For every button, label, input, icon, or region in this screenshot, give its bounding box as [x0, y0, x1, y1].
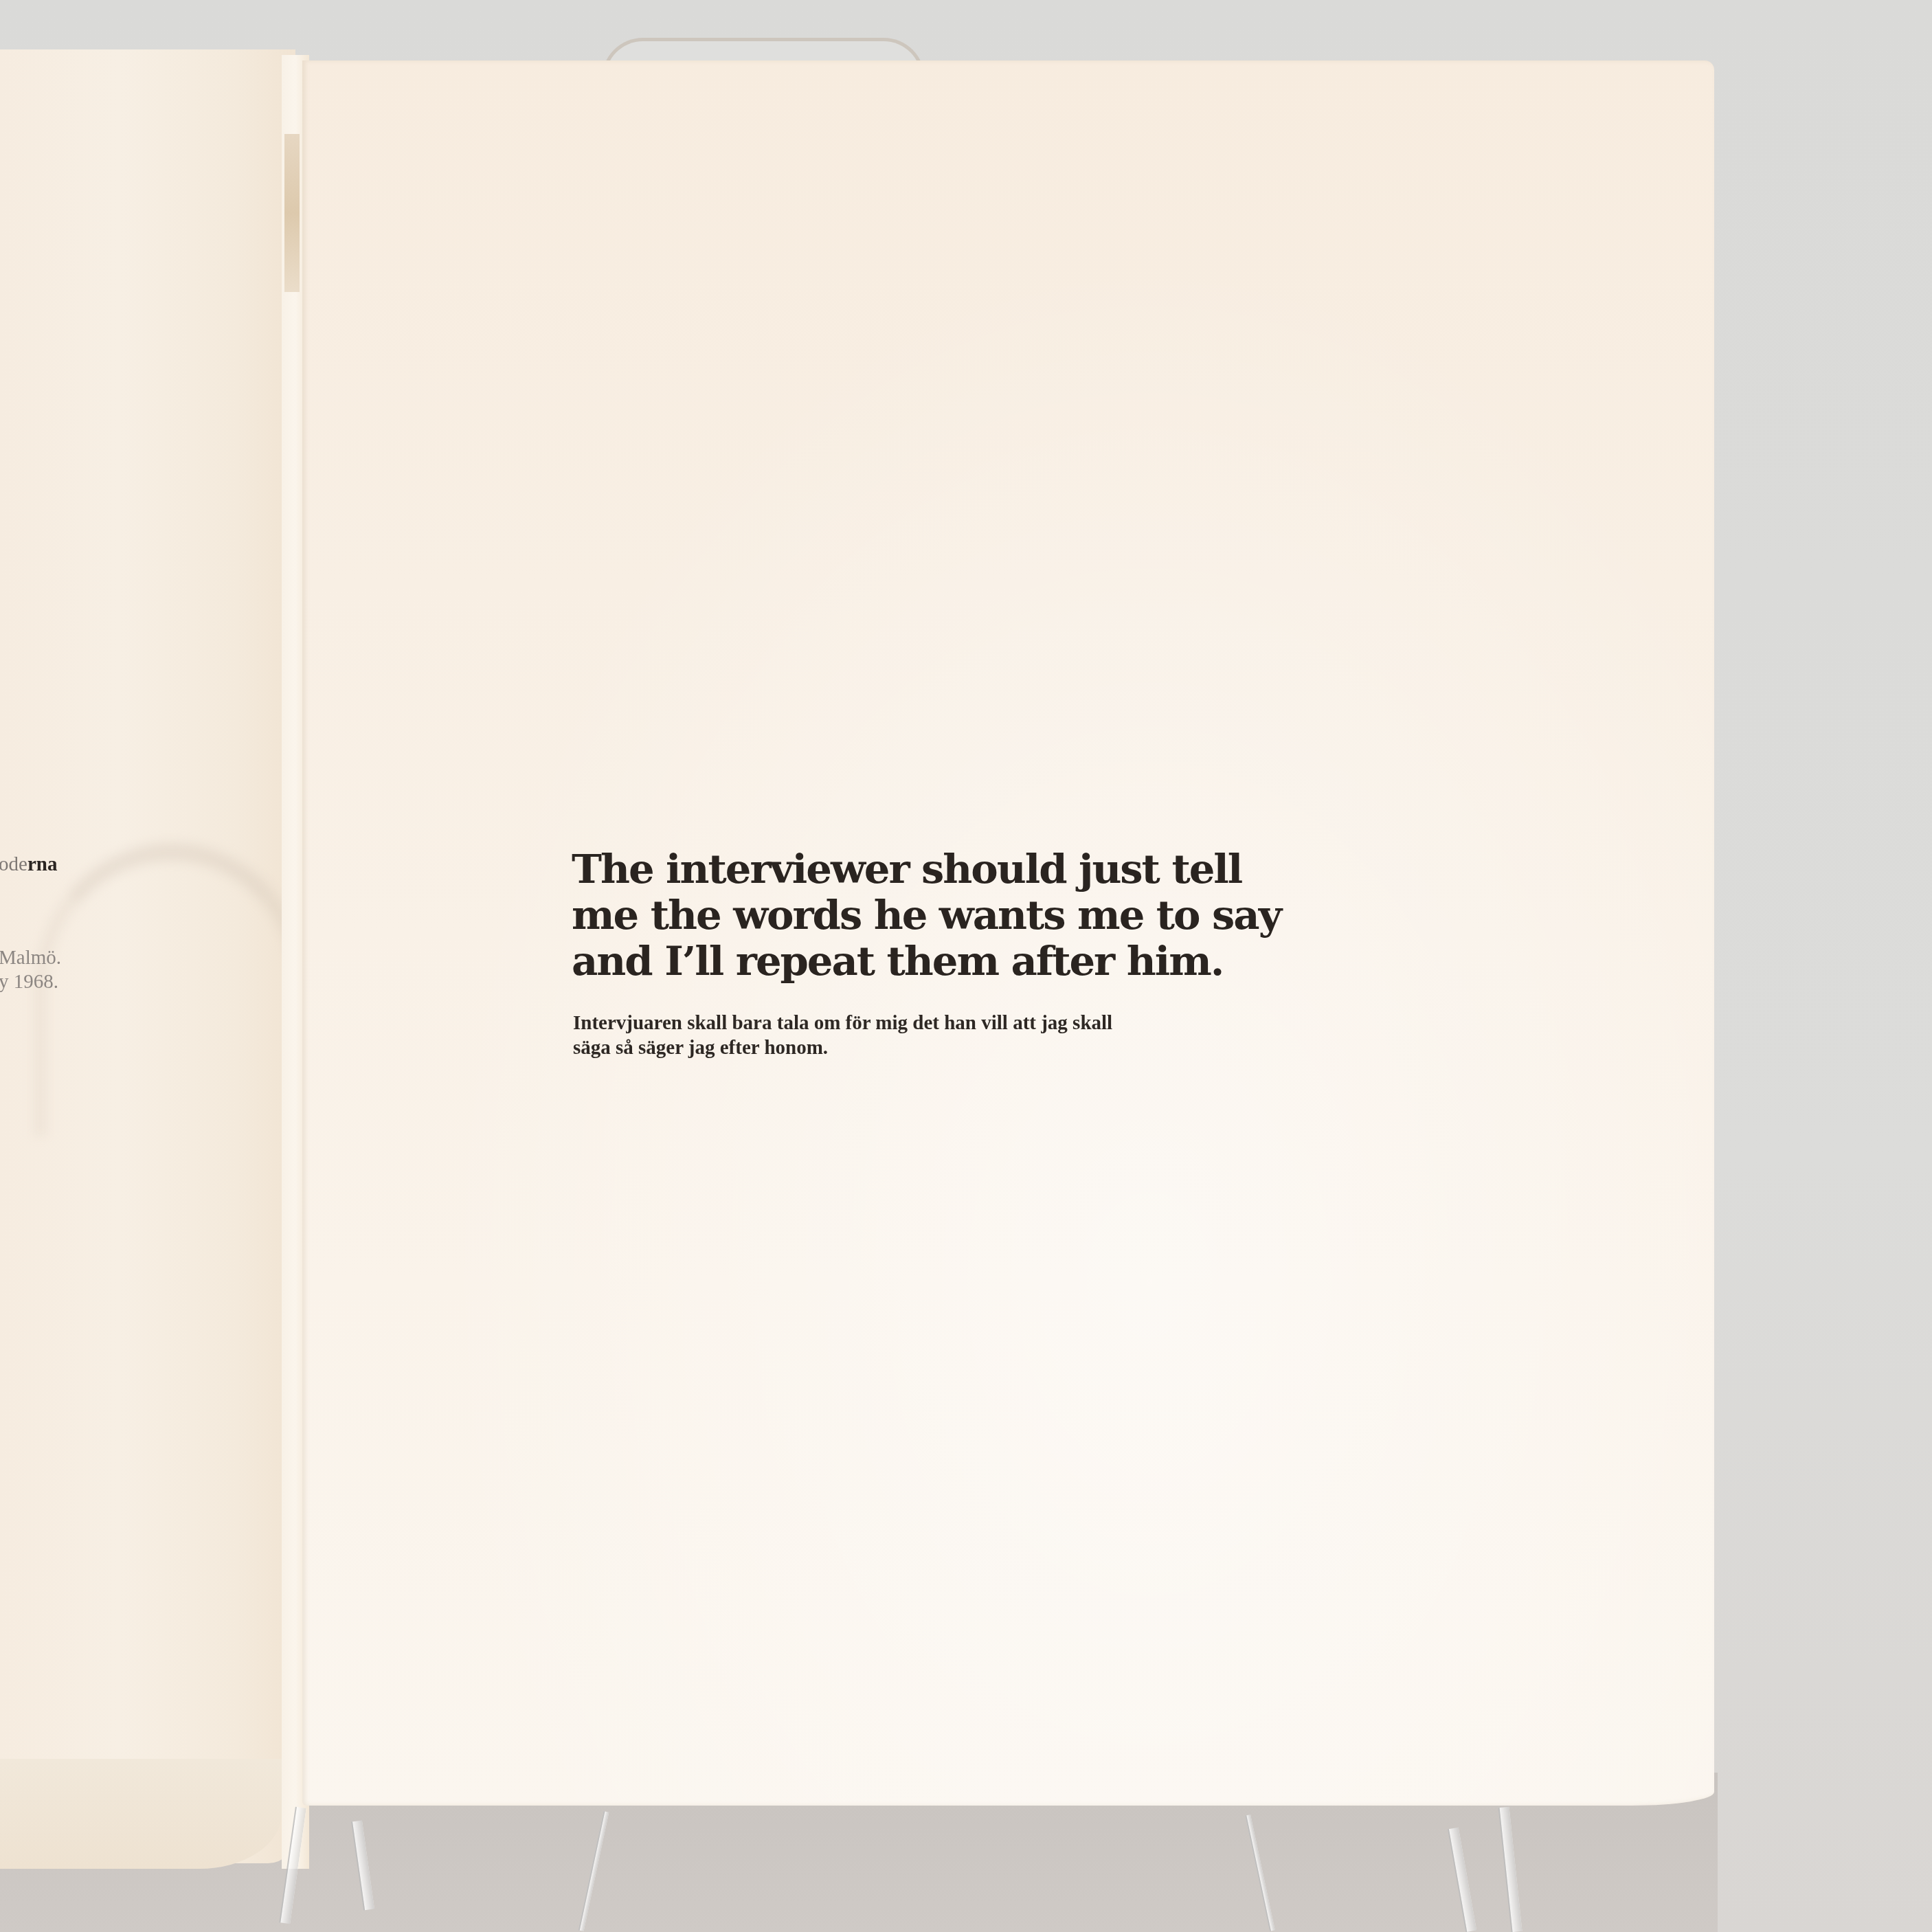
quote-english-line: and I’ll repeat them after him.: [572, 939, 1496, 985]
stand-shadow: [34, 843, 309, 1136]
quote-block: The interviewer should just tell me the …: [572, 846, 1479, 1060]
left-page-text-fragment: Malmö.: [0, 947, 61, 969]
left-page-text-fragment: y 1968.: [0, 971, 58, 993]
left-page-text-fragment: oderna: [0, 853, 57, 876]
left-page-bottom-curl: [0, 1759, 282, 1869]
quote-swedish-line: Intervjuaren skall bara tala om för mig …: [573, 1011, 1479, 1035]
spine-tear: [284, 134, 300, 292]
left-fragment-faded: ode: [0, 853, 27, 875]
quote-english-line: The interviewer should just tell: [572, 846, 1496, 892]
quote-swedish: Intervjuaren skall bara tala om för mig …: [573, 1011, 1479, 1060]
quote-english: The interviewer should just tell me the …: [572, 846, 1496, 985]
quote-swedish-line: säga så säger jag efter honom.: [573, 1035, 1479, 1060]
quote-english-line: me the words he wants me to say: [572, 892, 1496, 939]
left-fragment-strong: rna: [27, 853, 58, 875]
